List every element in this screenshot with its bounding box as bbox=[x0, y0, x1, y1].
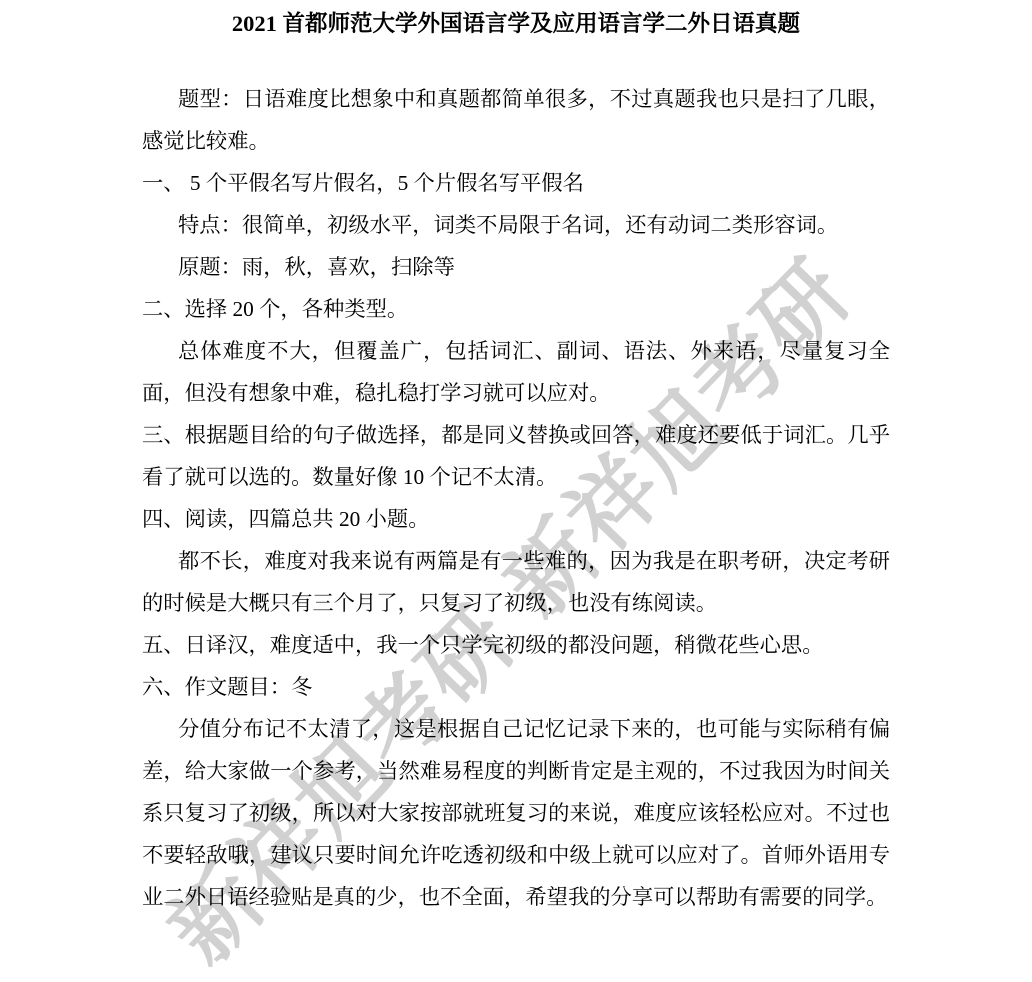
paragraph: 六、作文题目：冬 bbox=[142, 666, 890, 708]
paragraph: 都不长，难度对我来说有两篇是有一些难的，因为我是在职考研，决定考研的时候是大概只… bbox=[142, 540, 890, 624]
paragraph: 总体难度不大，但覆盖广，包括词汇、副词、语法、外来语，尽量复习全面，但没有想象中… bbox=[142, 330, 890, 414]
paragraph: 二、选择 20 个，各种类型。 bbox=[142, 288, 890, 330]
paragraph: 题型：日语难度比想象中和真题都简单很多，不过真题我也只是扫了几眼，感觉比较难。 bbox=[142, 78, 890, 162]
document-body: 题型：日语难度比想象中和真题都简单很多，不过真题我也只是扫了几眼，感觉比较难。一… bbox=[142, 78, 890, 918]
paragraph: 特点：很简单，初级水平，词类不局限于名词，还有动词二类形容词。 bbox=[142, 204, 890, 246]
paragraph: 一、 5 个平假名写片假名，5 个片假名写平假名 bbox=[142, 162, 890, 204]
paragraph: 四、阅读，四篇总共 20 小题。 bbox=[142, 498, 890, 540]
paragraph: 分值分布记不太清了，这是根据自己记忆记录下来的，也可能与实际稍有偏差，给大家做一… bbox=[142, 708, 890, 918]
paragraph: 五、日译汉，难度适中，我一个只学完初级的都没问题，稍微花些心思。 bbox=[142, 624, 890, 666]
paragraph: 原题：雨，秋，喜欢，扫除等 bbox=[142, 246, 890, 288]
paragraph: 三、根据题目给的句子做选择，都是同义替换或回答，难度还要低于词汇。几乎看了就可以… bbox=[142, 414, 890, 498]
document-title: 2021 首都师范大学外国语言学及应用语言学二外日语真题 bbox=[142, 8, 890, 40]
document-page: 新祥旭考研 新祥旭考研 2021 首都师范大学外国语言学及应用语言学二外日语真题… bbox=[0, 0, 1032, 982]
document-content: 2021 首都师范大学外国语言学及应用语言学二外日语真题 题型：日语难度比想象中… bbox=[142, 8, 890, 918]
